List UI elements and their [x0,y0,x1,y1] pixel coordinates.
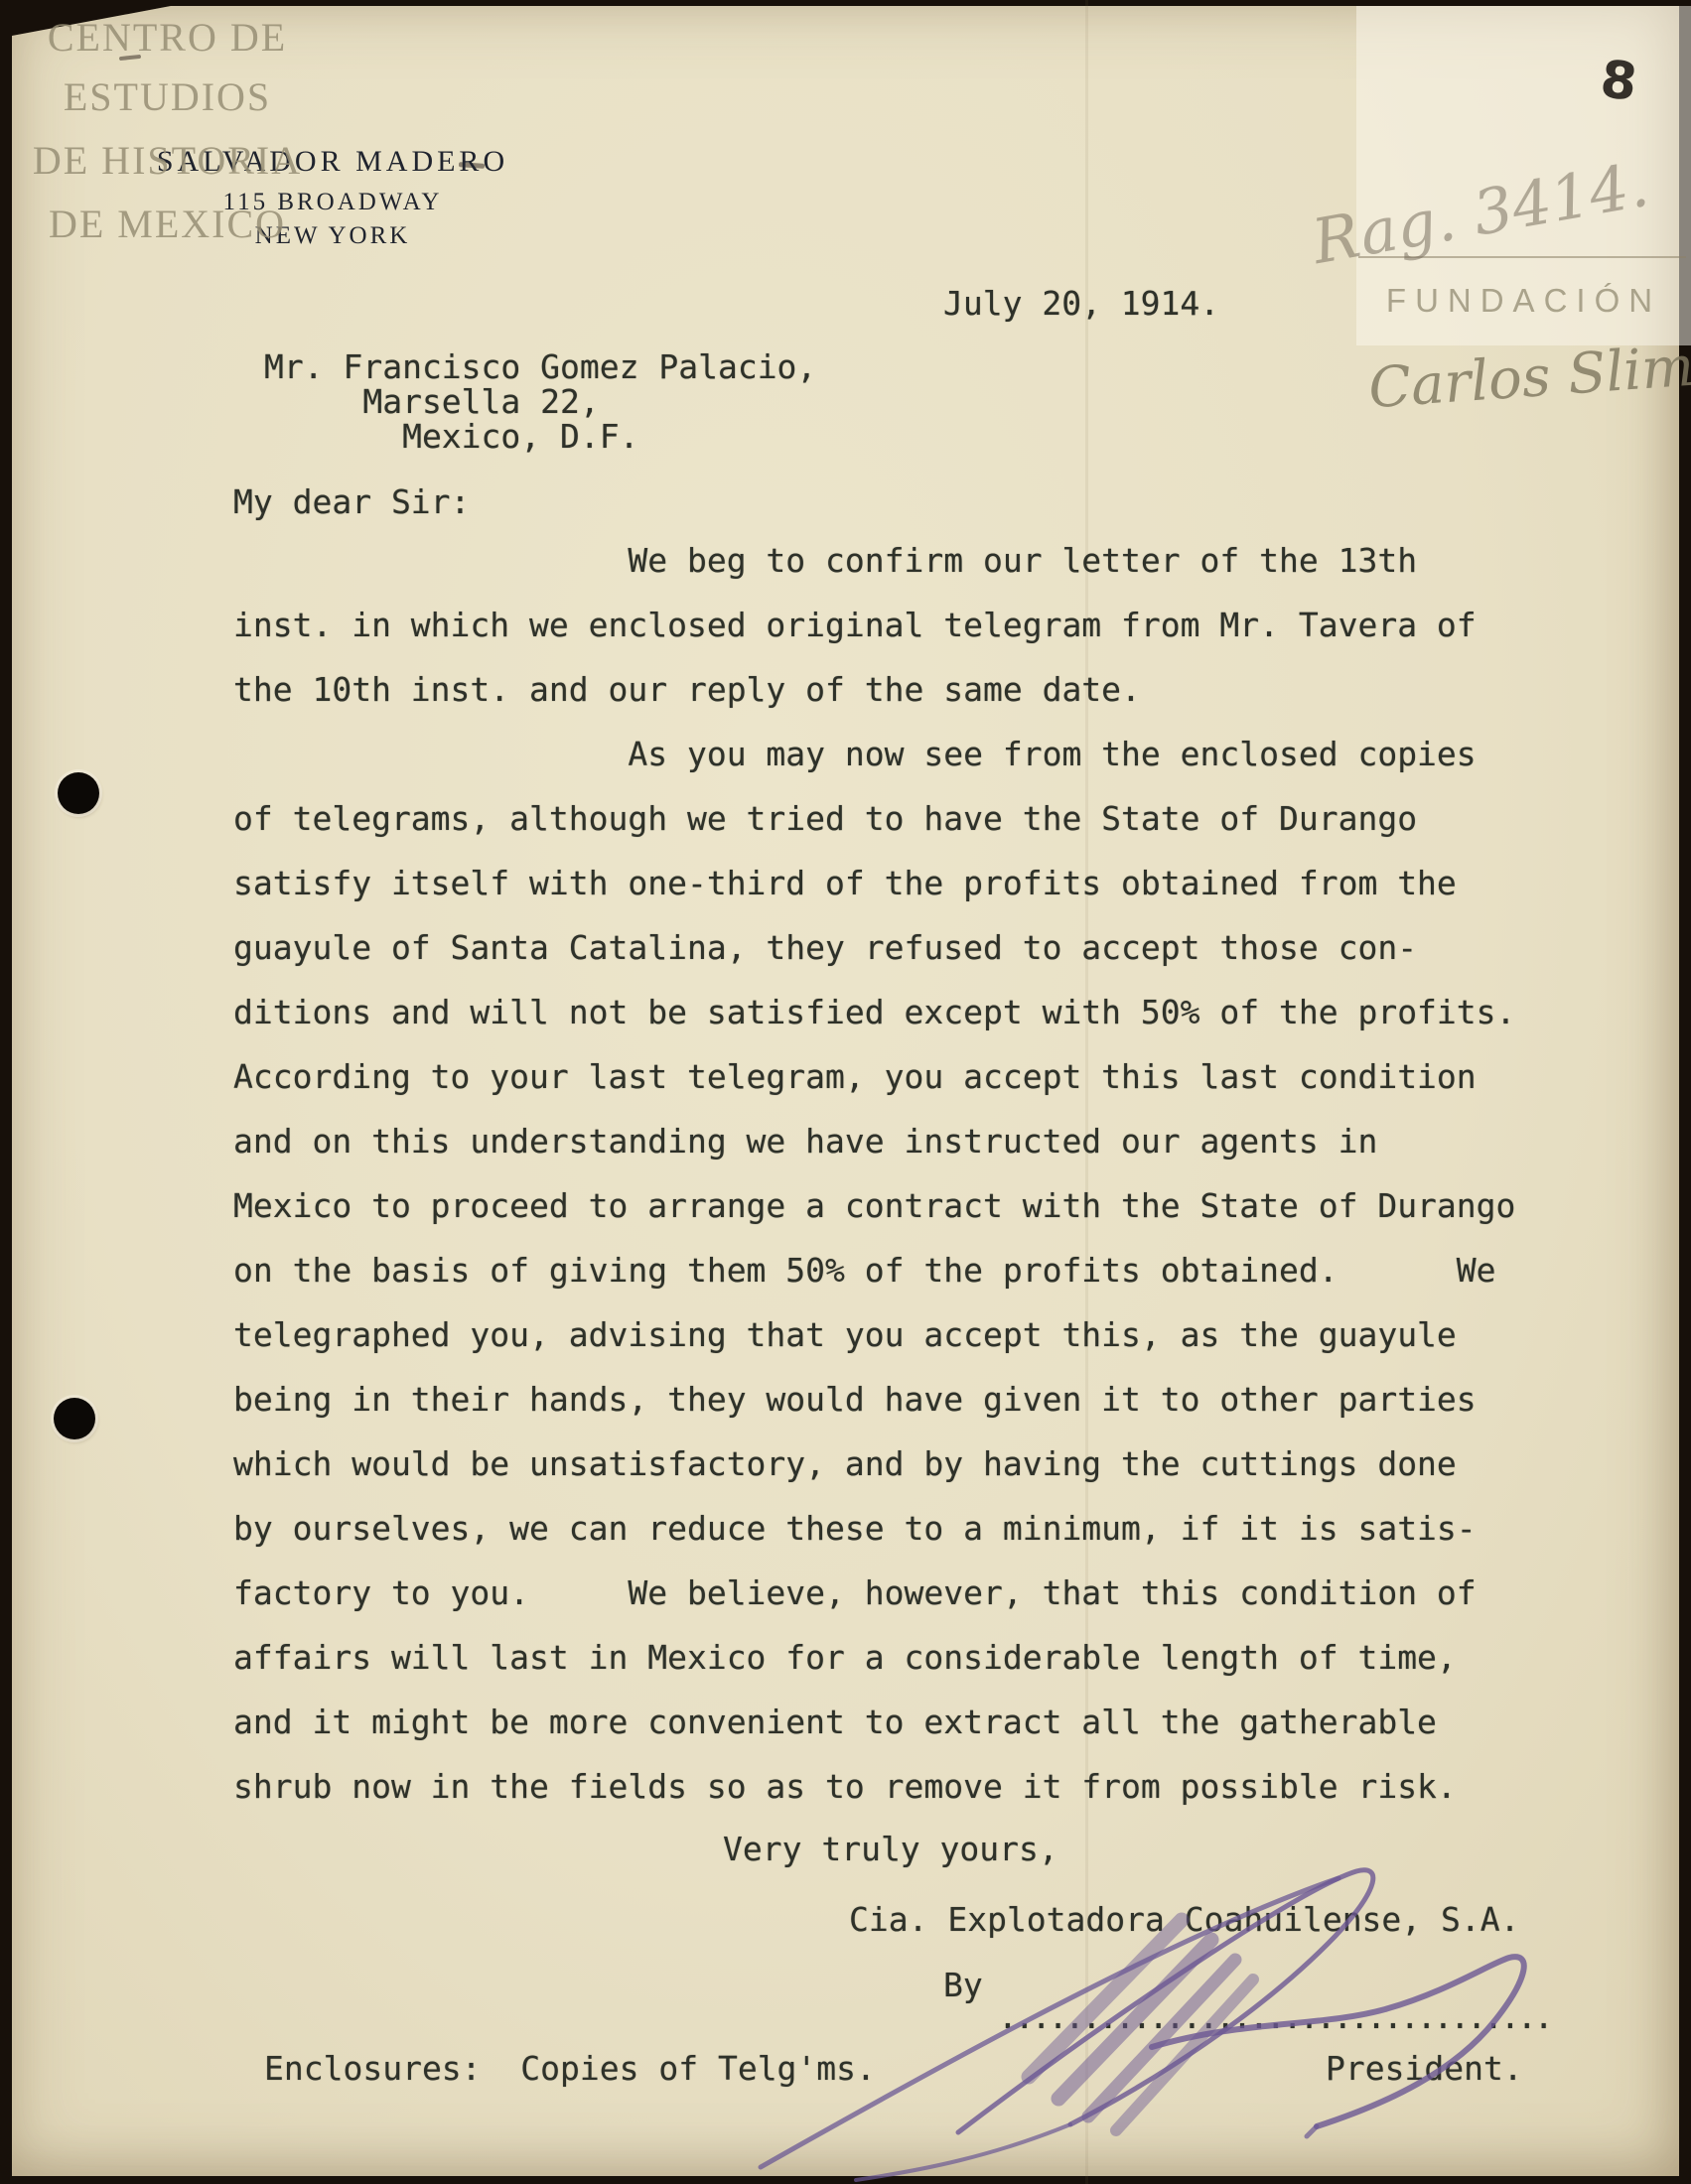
foundation-label: FUNDACIÓN [1356,282,1691,320]
watermark-text: DE HISTORIA [0,137,335,184]
body-line: As you may now see from the enclosed cop… [233,732,1515,796]
body-line: on the basis of giving them 50% of the p… [233,1248,1515,1312]
letter-body: We beg to confirm our letter of the 13th… [233,538,1515,1829]
body-line: inst. in which we enclosed original tele… [233,603,1515,667]
watermark-text: DE MEXICO [0,201,335,247]
body-line: and it might be more convenient to extra… [233,1700,1515,1764]
body-line: being in their hands, they would have gi… [233,1377,1515,1441]
body-line: of telegrams, although we tried to have … [233,796,1515,861]
body-line: We beg to confirm our letter of the 13th [233,538,1515,603]
scanned-letter-page: SALVADOR MADERO 115 BROADWAY NEW YORK Ju… [0,0,1691,2184]
punch-hole [58,772,99,814]
by-label: By [943,1966,983,2005]
body-line: Mexico to proceed to arrange a contract … [233,1183,1515,1248]
body-line: factory to you. We believe, however, tha… [233,1570,1515,1635]
body-line: telegraphed you, advising that you accep… [233,1312,1515,1377]
recipient-line: Mr. Francisco Gomez Palacio, [264,349,816,384]
body-line: by ourselves, we can reduce these to a m… [233,1506,1515,1570]
closing: Very truly yours, [723,1830,1058,1869]
handwritten-page-number: 8 [1597,50,1639,113]
watermark-text: ESTUDIOS [0,73,335,120]
body-line: which would be unsatisfactory, and by ha… [233,1441,1515,1506]
salutation: My dear Sir: [233,482,470,522]
recipient-address: Mr. Francisco Gomez Palacio, Marsella 22… [264,349,816,454]
body-line: shrub now in the fields so as to remove … [233,1764,1515,1829]
body-line: and on this understanding we have instru… [233,1119,1515,1183]
signer-title: President. [1326,2049,1523,2089]
letter-date: July 20, 1914. [943,284,1219,324]
company-name: Cia. Explotadora Coahuilense, S.A. [849,1900,1520,1940]
enclosures-note: Enclosures: Copies of Telg'ms. [264,2049,876,2089]
watermark-text: CENTRO DE [0,14,335,61]
signature-dotted-line: ................................. [998,1997,1551,2037]
body-line: the 10th inst. and our reply of the same… [233,667,1515,732]
body-line: affairs will last in Mexico for a consid… [233,1635,1515,1700]
body-line: According to your last telegram, you acc… [233,1054,1515,1119]
recipient-line: Marsella 22, [264,384,816,419]
recipient-line: Mexico, D.F. [264,419,816,454]
body-line: guayule of Santa Catalina, they refused … [233,925,1515,990]
body-line: satisfy itself with one-third of the pro… [233,861,1515,925]
punch-hole [54,1398,95,1439]
body-line: ditions and will not be satisfied except… [233,990,1515,1054]
